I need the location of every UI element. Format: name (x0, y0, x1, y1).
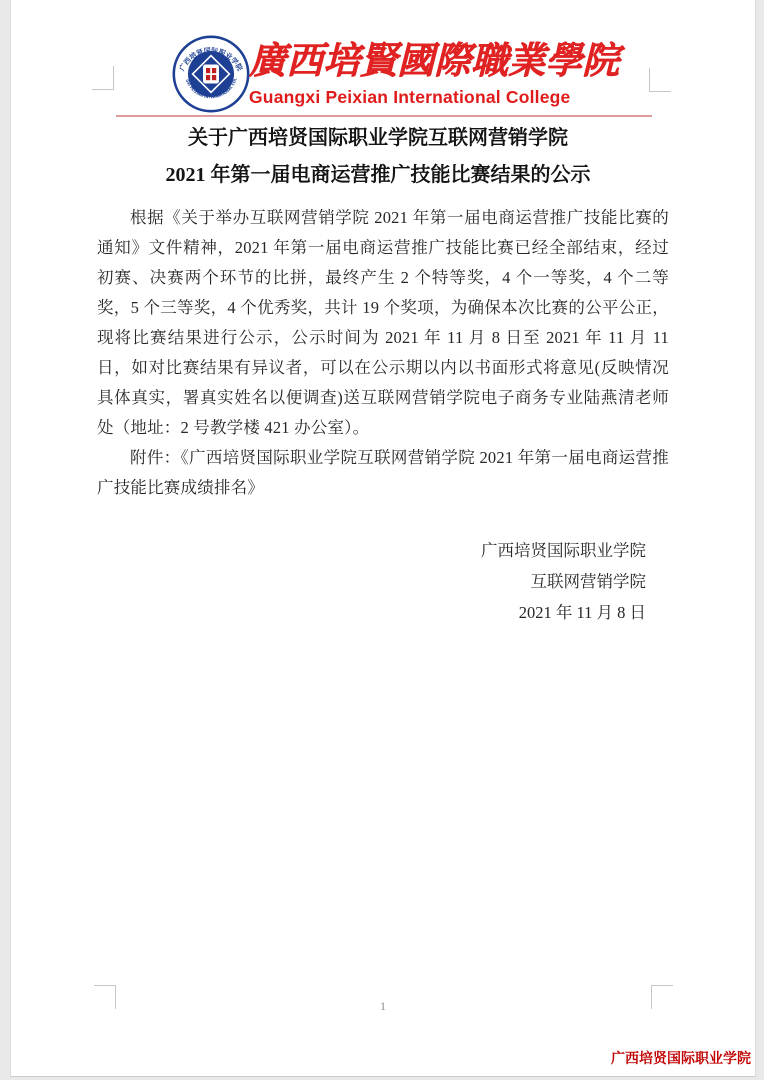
body-paragraph: 根据《关于举办互联网营销学院 2021 年第一届电商运营推广技能比赛的通知》文件… (97, 203, 669, 443)
signature-date: 2021 年 11 月 8 日 (97, 597, 646, 628)
college-name-chinese: 廣西培賢國際職業學院 (249, 38, 649, 86)
signature-college: 广西培贤国际职业学院 (97, 535, 646, 566)
corner-watermark-label: 广西培贤国际职业学院 (611, 1048, 751, 1068)
attachment-paragraph: 附件：《广西培贤国际职业学院互联网营销学院 2021 年第一届电商运营推广技能比… (97, 443, 669, 503)
college-seal-logo: 广西培贤国际职业学院 GUANGXI PEIXIAN INTERNATIONAL… (172, 35, 250, 113)
college-name-english: Guangxi Peixian International College (249, 87, 649, 107)
crop-mark-top-right (649, 68, 671, 92)
document-title-line2: 2021 年第一届电商运营推广技能比赛结果的公示 (87, 163, 669, 187)
college-seal-icon: 广西培贤国际职业学院 GUANGXI PEIXIAN INTERNATIONAL… (172, 35, 250, 113)
crop-mark-top-left (92, 66, 114, 90)
document-title: 关于广西培贤国际职业学院互联网营销学院 2021 年第一届电商运营推广技能比赛结… (87, 126, 669, 187)
document-body: 根据《关于举办互联网营销学院 2021 年第一届电商运营推广技能比赛的通知》文件… (97, 203, 669, 503)
college-name-block: 廣西培賢國際職業學院 Guangxi Peixian International… (249, 38, 649, 107)
signature-department: 互联网营销学院 (97, 566, 646, 597)
signature-block: 广西培贤国际职业学院 互联网营销学院 2021 年 11 月 8 日 (97, 535, 669, 628)
header-divider (116, 115, 652, 117)
page-number: 1 (97, 999, 669, 1014)
document-title-line1: 关于广西培贤国际职业学院互联网营销学院 (87, 126, 669, 150)
document-page: 广西培贤国际职业学院 GUANGXI PEIXIAN INTERNATIONAL… (10, 0, 756, 1077)
